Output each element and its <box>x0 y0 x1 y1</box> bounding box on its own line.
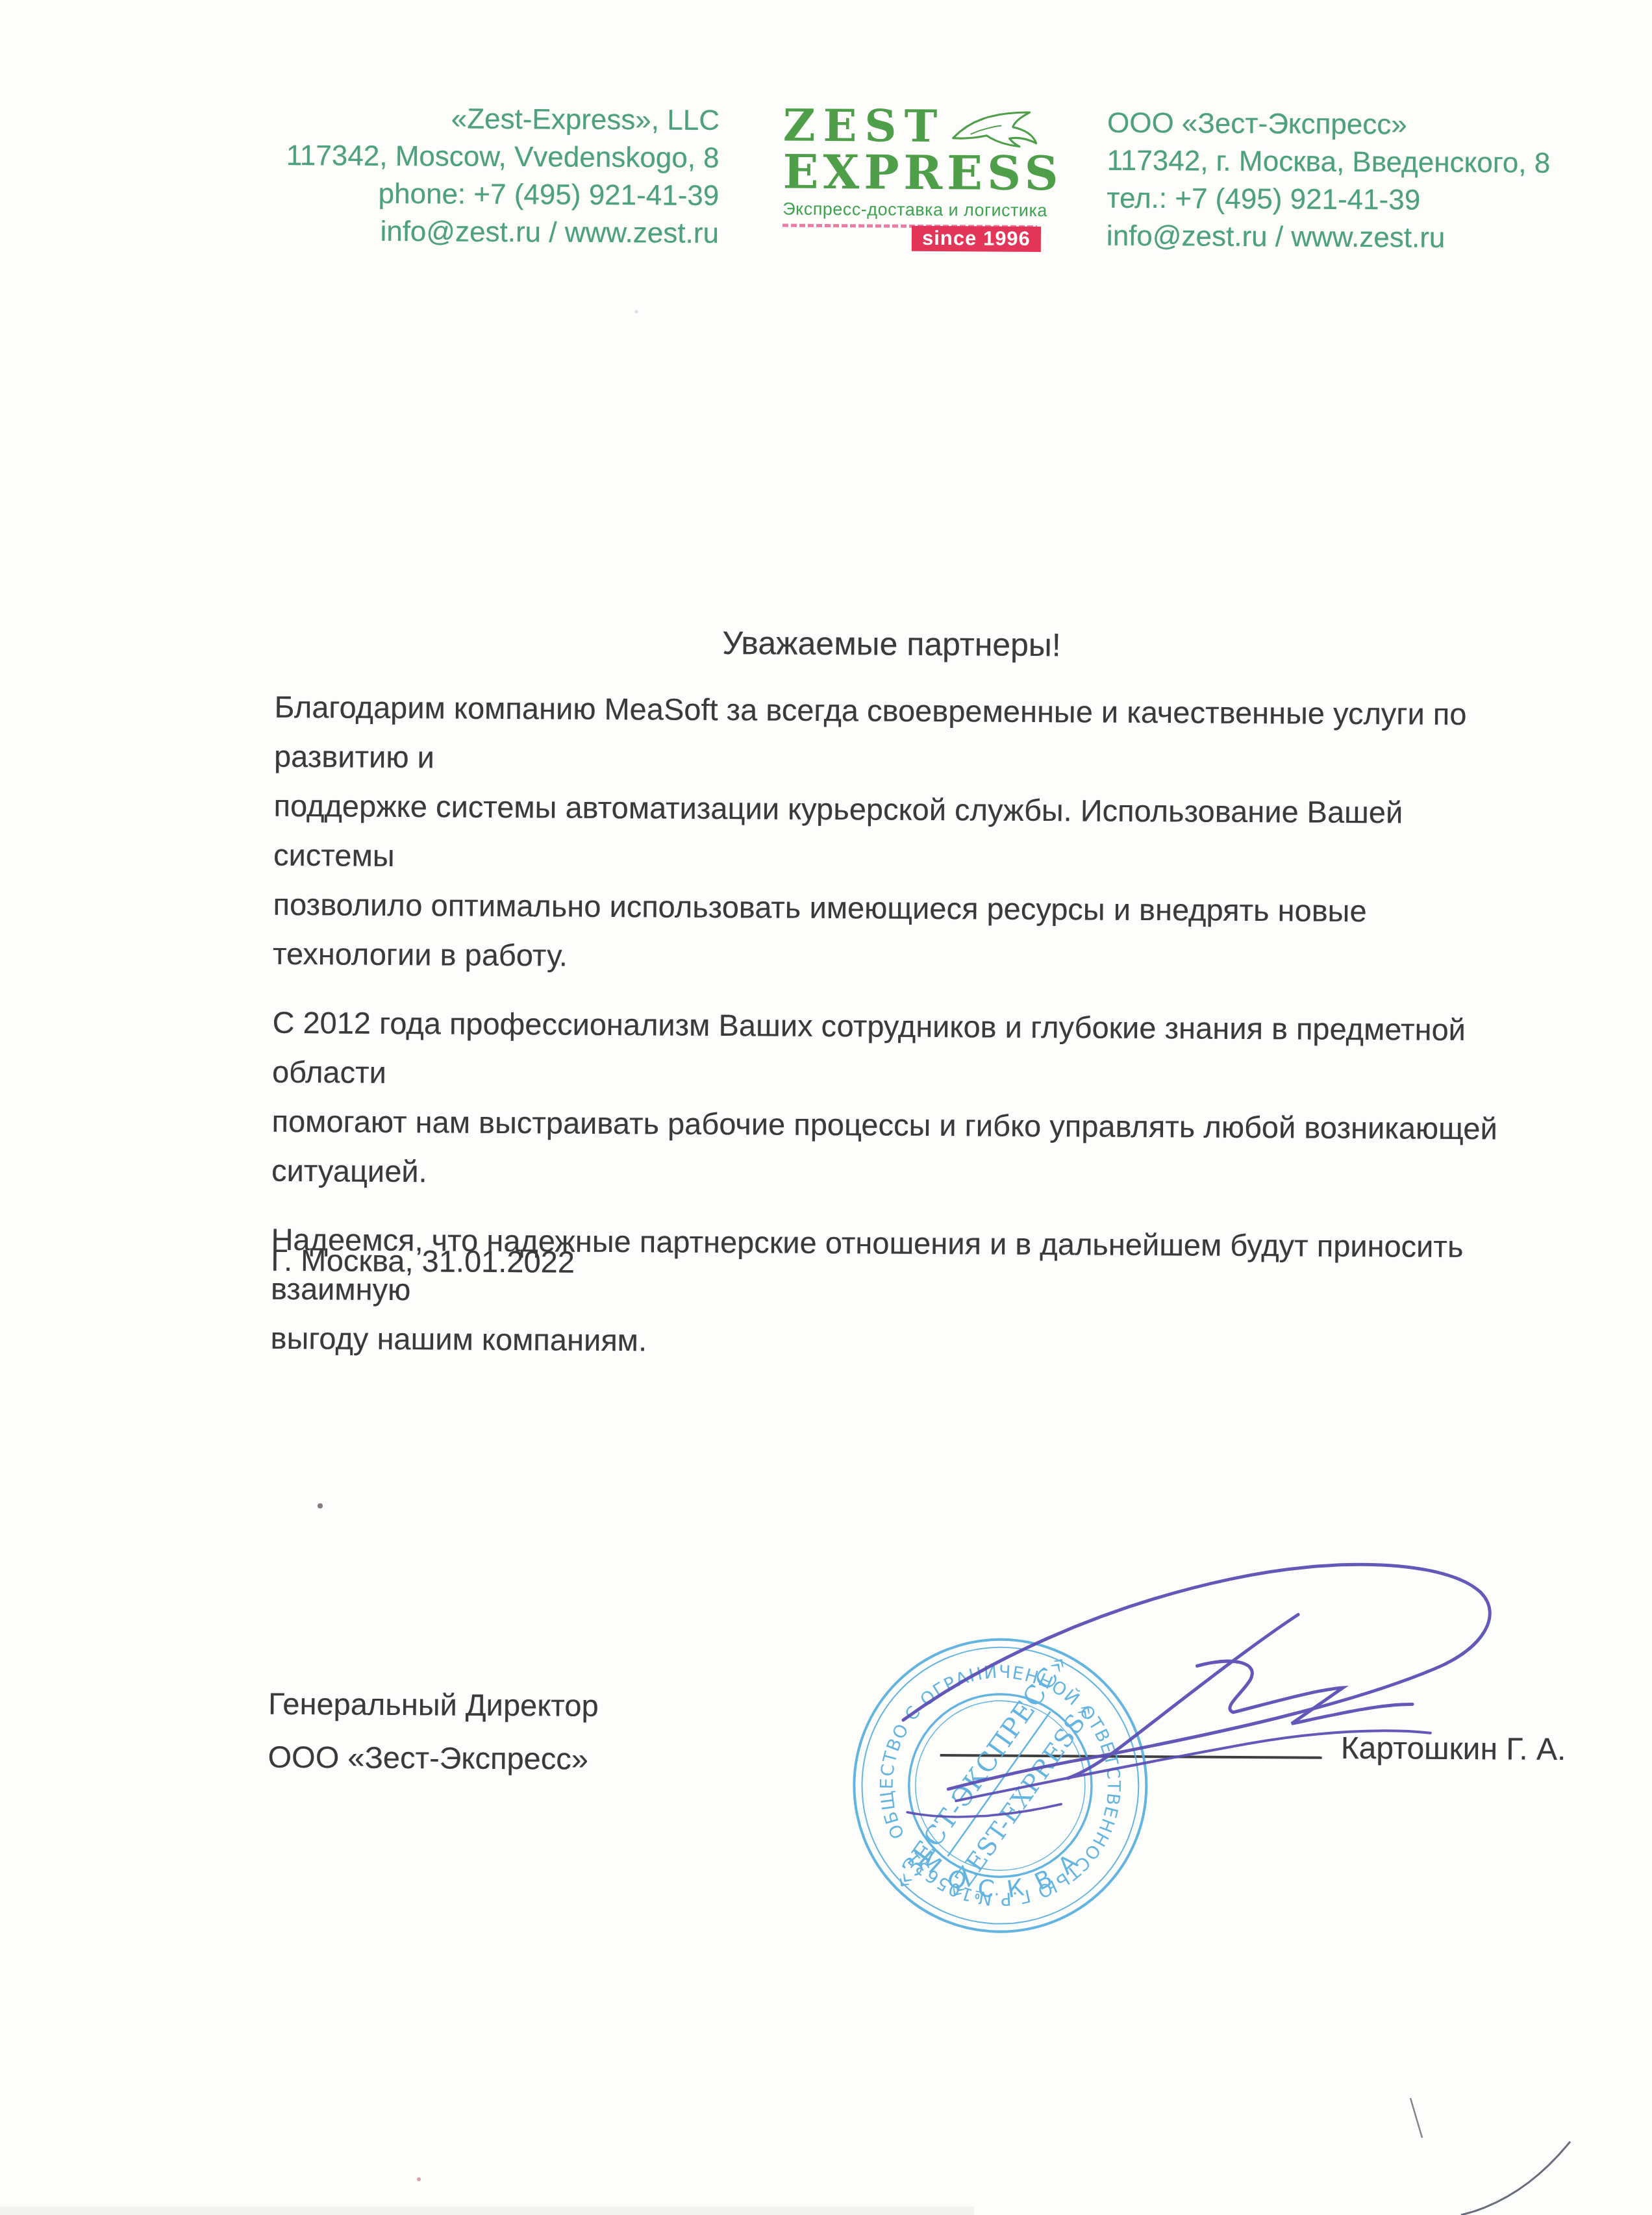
logo-tagline: Экспресс-доставка и логистика <box>782 198 1041 221</box>
text-line: поддержке системы автоматизации курьерск… <box>273 781 1521 888</box>
logo-word-express: EXPRESS <box>782 149 1041 197</box>
handwritten-signature <box>826 1545 1555 1849</box>
letter-body: Благодарим компанию MeaSoft за всегда св… <box>270 682 1521 1390</box>
letterhead-line: 117342, Moscow, Vvedenskogo, 8 <box>265 137 720 177</box>
paragraph-1: Благодарим компанию MeaSoft за всегда св… <box>273 682 1521 986</box>
letterhead-right-ru: ООО «Зест-Экспресс»117342, г. Москва, Вв… <box>1107 105 1601 258</box>
company-logo: ZEST EXPRESS Экспресс-доставка и логисти… <box>782 105 1042 255</box>
text-line: С 2012 года профессионализм Ваших сотруд… <box>272 998 1520 1105</box>
logo-badge-row: since 1996 <box>782 227 1041 255</box>
letterhead-line: info@zest.ru / www.zest.ru <box>1107 218 1600 258</box>
since-1996-badge: since 1996 <box>912 226 1041 252</box>
text-line: Благодарим компанию MeaSoft за всегда св… <box>274 682 1521 789</box>
page-content: «Zest-Express», LLC117342, Moscow, Vvede… <box>0 0 1652 2215</box>
logo-word-zest: ZEST <box>783 105 945 148</box>
text-line: помогают нам выстраивать рабочие процесс… <box>271 1097 1519 1203</box>
letterhead-line: «Zest-Express», LLC <box>265 99 720 140</box>
paragraph-3: Надеемся, что надежные партнерские отнош… <box>270 1215 1518 1371</box>
letterhead-line: phone: +7 (495) 921-41-39 <box>264 175 719 215</box>
letterhead-line: тел.: +7 (495) 921-41-39 <box>1107 180 1600 221</box>
letterhead: «Zest-Express», LLC117342, Moscow, Vvede… <box>6 0 1652 5</box>
scanned-letter-page: «Zest-Express», LLC117342, Moscow, Vvede… <box>0 0 1652 2215</box>
signoff-title: Генеральный Директор <box>268 1677 599 1733</box>
salutation: Уважаемые партнеры! <box>275 621 1508 667</box>
paragraph-2: С 2012 года профессионализм Ваших сотруд… <box>271 998 1520 1203</box>
letterhead-line: info@zest.ru / www.zest.ru <box>264 212 719 253</box>
signoff-company: ООО «Зест-Экспресс» <box>268 1731 598 1786</box>
signoff-block: Генеральный Директор ООО «Зест-Экспресс» <box>268 1677 599 1786</box>
letterhead-line: ООО «Зест-Экспресс» <box>1107 105 1601 145</box>
letterhead-left-en: «Zest-Express», LLC117342, Moscow, Vvede… <box>264 99 720 253</box>
text-line: выгоду нашим компаниям. <box>270 1314 1517 1371</box>
letterhead-line: 117342, г. Москва, Введенского, 8 <box>1107 142 1600 183</box>
date-line: Г. Москва, 31.01.2022 <box>271 1242 575 1280</box>
signer-name: Картошкин Г. А. <box>1341 1731 1566 1768</box>
text-line: позволило оптимально использовать имеющи… <box>273 880 1520 986</box>
